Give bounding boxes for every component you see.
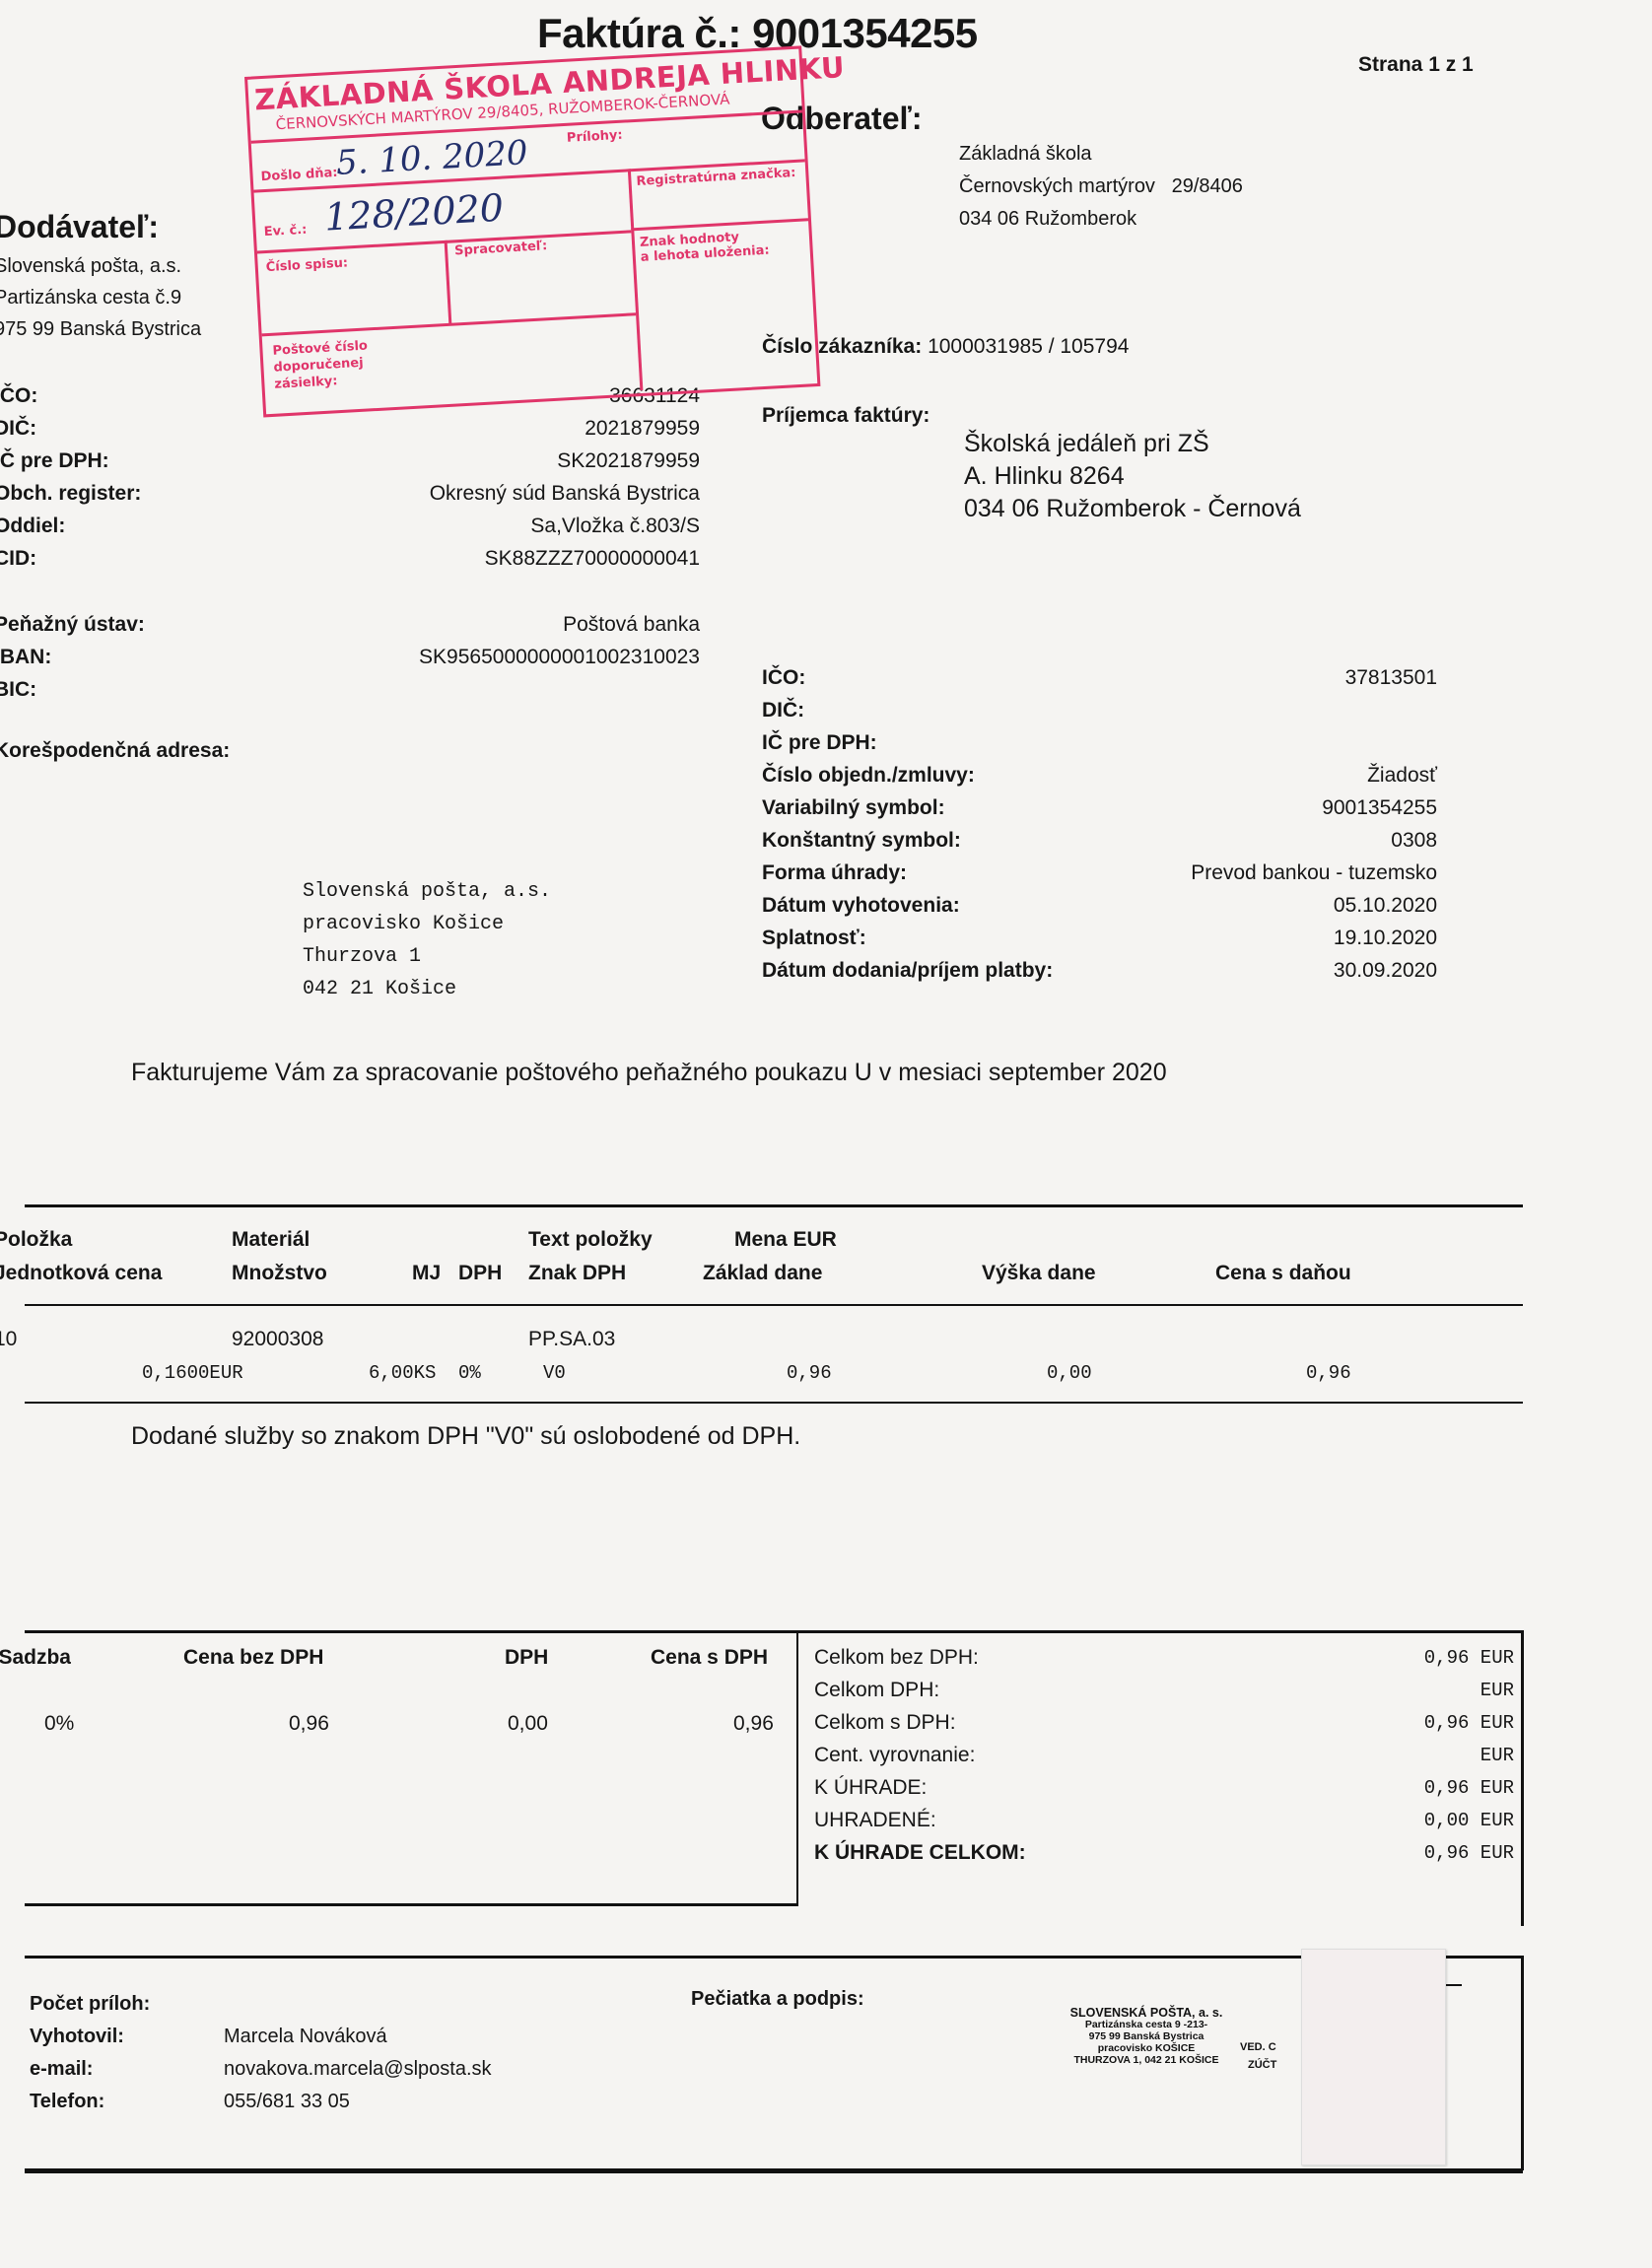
total-gross: Celkom s DPH:0,96 EUR (814, 1707, 1514, 1740)
col-header-dph: DPH (458, 1262, 502, 1285)
vat-col-header-net: Cena bez DPH (183, 1646, 323, 1670)
email-label: e-mail: (30, 2053, 150, 2086)
customer-address: Základná škola Černovských martýrov 29/8… (959, 138, 1243, 236)
correspondence-address: Slovenská pošta, a.s. pracovisko Košice … (303, 875, 551, 1005)
registry-stamp: ZÁKLADNÁ ŠKOLA ANDREJA HLINKU ČERNOVSKÝC… (244, 45, 820, 417)
col-header-material: Materiál (232, 1228, 310, 1252)
vat-col-header-vat: DPH (505, 1646, 548, 1670)
customer-field-order: Číslo objedn./zmluvy:Žiadosť (762, 760, 1437, 791)
summary-divider (796, 1630, 798, 1905)
footer-right-rule (1521, 1956, 1524, 2170)
table-bottom-rule (25, 1402, 1523, 1404)
stamp-record-no-label: Ev. č.: (263, 223, 307, 240)
correspondence-line: Thurzova 1 (303, 940, 551, 973)
email-value[interactable]: novakova.marcela@slposta.sk (224, 2053, 492, 2086)
customer-field-variable-symbol: Variabilný symbol:9001354255 (762, 792, 1437, 824)
total-grand: K ÚHRADE CELKOM:0,96 EUR (814, 1837, 1514, 1870)
stamp-value-mark-label: Znak hodnotya lehota uloženia: (640, 229, 770, 265)
cell-item: 10 (0, 1328, 17, 1351)
covered-stamp-text: VED. C ZÚČT (1240, 2038, 1276, 2074)
customer-field-dic: DIČ: (762, 695, 1437, 726)
col-header-unit-price: Jednotková cena (0, 1262, 162, 1285)
stamp-dash (1444, 1984, 1462, 1986)
vat-col-header-gross: Cena s DPH (651, 1646, 768, 1670)
supplier-field-bic: BIC: (0, 674, 700, 706)
cell-base: 0,96 (787, 1362, 832, 1384)
cell-dph: 0% (458, 1362, 481, 1384)
supplier-heading: Dodávateľ: (0, 209, 159, 245)
supplier-field-icdph: IČ pre DPH:SK2021879959 (0, 446, 700, 477)
supplier-field-cid: CID:SK88ZZZ70000000041 (0, 543, 700, 575)
summary-left-bottom-rule (25, 1903, 798, 1906)
customer-field-constant-symbol: Konštantný symbol:0308 (762, 825, 1437, 857)
total-vat: Celkom DPH:EUR (814, 1675, 1514, 1707)
issued-by-label: Vyhotovil: (30, 2021, 150, 2053)
supplier-field-section: Oddiel:Sa,Vložka č.803/S (0, 511, 700, 542)
paper-sticker (1301, 1949, 1446, 2165)
cell-total: 0,96 (1306, 1362, 1351, 1384)
total-rounding: Cent. vyrovnanie:EUR (814, 1740, 1514, 1772)
customer-address-line: Černovských martýrov 29/8406 (959, 171, 1243, 203)
intro-text: Fakturujeme Vám za spracovanie poštového… (131, 1059, 1167, 1087)
customer-field-delivery-date: Dátum dodania/príjem platby:30.09.2020 (762, 955, 1437, 987)
cell-material: 92000308 (232, 1328, 323, 1351)
customer-field-payment-form: Forma úhrady:Prevod bankou - tuzemsko (762, 858, 1437, 889)
col-header-item: Položka (0, 1228, 72, 1252)
supplier-field-register: Obch. register:Okresný súd Banská Bystri… (0, 478, 700, 510)
cell-text: PP.SA.03 (528, 1328, 615, 1351)
stamp-received-label: Došlo dňa: (260, 166, 338, 184)
vat-cell-rate: 0% (44, 1712, 74, 1736)
footer-top-rule (25, 1956, 1523, 1959)
stamp-postal-no-label: Poštové číslodoporučenejzásielky: (272, 337, 370, 392)
page-counter: Strana 1 z 1 (1358, 53, 1474, 77)
col-header-currency: Mena EUR (734, 1228, 837, 1252)
total-net: Celkom bez DPH:0,96 EUR (814, 1642, 1514, 1675)
issued-by-value: Marcela Nováková (224, 2021, 492, 2053)
recipient-label: Príjemca faktúry: (762, 404, 929, 428)
recipient-line: Školská jedáleň pri ZŠ (964, 428, 1301, 460)
vat-cell-gross: 0,96 (733, 1712, 774, 1736)
footer-values: Marcela Nováková novakova.marcela@slpost… (224, 2021, 492, 2118)
col-header-text: Text položky (528, 1228, 653, 1252)
correspondence-line: pracovisko Košice (303, 908, 551, 940)
cell-quantity: 6,00KS (369, 1362, 436, 1384)
col-header-mj: MJ (412, 1262, 441, 1285)
supplier-address-line: Slovenská pošta, a.s. (0, 250, 201, 282)
cell-unit-price: 0,1600EUR (142, 1362, 243, 1384)
recipient-address: Školská jedáleň pri ZŠ A. Hlinku 8264 03… (964, 428, 1301, 525)
phone-value: 055/681 33 05 (224, 2086, 492, 2118)
supplier-field-dic: DIČ:2021879959 (0, 413, 700, 445)
correspondence-line: Slovenská pošta, a.s. (303, 875, 551, 908)
total-to-pay: K ÚHRADE:0,96 EUR (814, 1772, 1514, 1805)
footer-bottom-rule (25, 2168, 1523, 2173)
supplier-address: Slovenská pošta, a.s. Partizánska cesta … (0, 250, 201, 345)
stamp-record-no-value: 128/2020 (323, 186, 505, 240)
customer-address-line: 034 06 Ružomberok (959, 203, 1243, 236)
customer-field-icdph: IČ pre DPH: (762, 727, 1437, 759)
correspondence-line: 042 21 Košice (303, 973, 551, 1005)
recipient-line: A. Hlinku 8264 (964, 460, 1301, 493)
vat-cell-net: 0,96 (289, 1712, 329, 1736)
table-header-rule (25, 1304, 1523, 1306)
supplier-address-line: 975 99 Banská Bystrica (0, 313, 201, 345)
summary-right-rule (1521, 1630, 1524, 1926)
vat-col-header-rate: Sadzba (0, 1646, 71, 1670)
sender-stamp: SLOVENSKÁ POŠTA, a. s. Partizánska cesta… (1033, 2007, 1260, 2066)
correspondence-label: Korešpodenčná adresa: (0, 739, 230, 763)
customer-field-issue-date: Dátum vyhotovenia:05.10.2020 (762, 890, 1437, 922)
vat-note: Dodané služby so znakom DPH "V0" sú oslo… (131, 1422, 800, 1451)
customer-number-value: 1000031985 / 105794 (928, 335, 1129, 358)
total-paid: UHRADENÉ:0,00 EUR (814, 1805, 1514, 1837)
table-top-rule (25, 1204, 1523, 1207)
col-header-tax: Výška dane (982, 1262, 1096, 1285)
summary-top-rule (25, 1630, 1523, 1633)
supplier-address-line: Partizánska cesta č.9 (0, 282, 201, 313)
supplier-field-iban: IBAN:SK9565000000001002310023 (0, 642, 700, 673)
vat-cell-vat: 0,00 (508, 1712, 548, 1736)
stamp-signature-label: Pečiatka a podpis: (691, 1988, 864, 2011)
attachments-label: Počet príloh: (30, 1988, 150, 2021)
stamp-attachments-label: Prílohy: (567, 128, 623, 146)
customer-field-ico: IČO:37813501 (762, 662, 1437, 694)
phone-label: Telefon: (30, 2086, 150, 2118)
col-header-vat-code: Znak DPH (528, 1262, 626, 1285)
cell-vat-code: V0 (543, 1362, 566, 1384)
supplier-field-bank: Peňažný ústav:Poštová banka (0, 609, 700, 641)
footer-labels: Počet príloh: Vyhotovil: e-mail: Telefon… (30, 1988, 150, 2118)
customer-address-line: Základná škola (959, 138, 1243, 171)
recipient-line: 034 06 Ružomberok - Černová (964, 493, 1301, 525)
col-header-base: Základ dane (703, 1262, 822, 1285)
col-header-quantity: Množstvo (232, 1262, 327, 1285)
stamp-file-no-label: Číslo spisu: (265, 255, 348, 275)
col-header-total: Cena s daňou (1215, 1262, 1351, 1285)
customer-field-due-date: Splatnosť:19.10.2020 (762, 923, 1437, 954)
cell-tax: 0,00 (1047, 1362, 1092, 1384)
